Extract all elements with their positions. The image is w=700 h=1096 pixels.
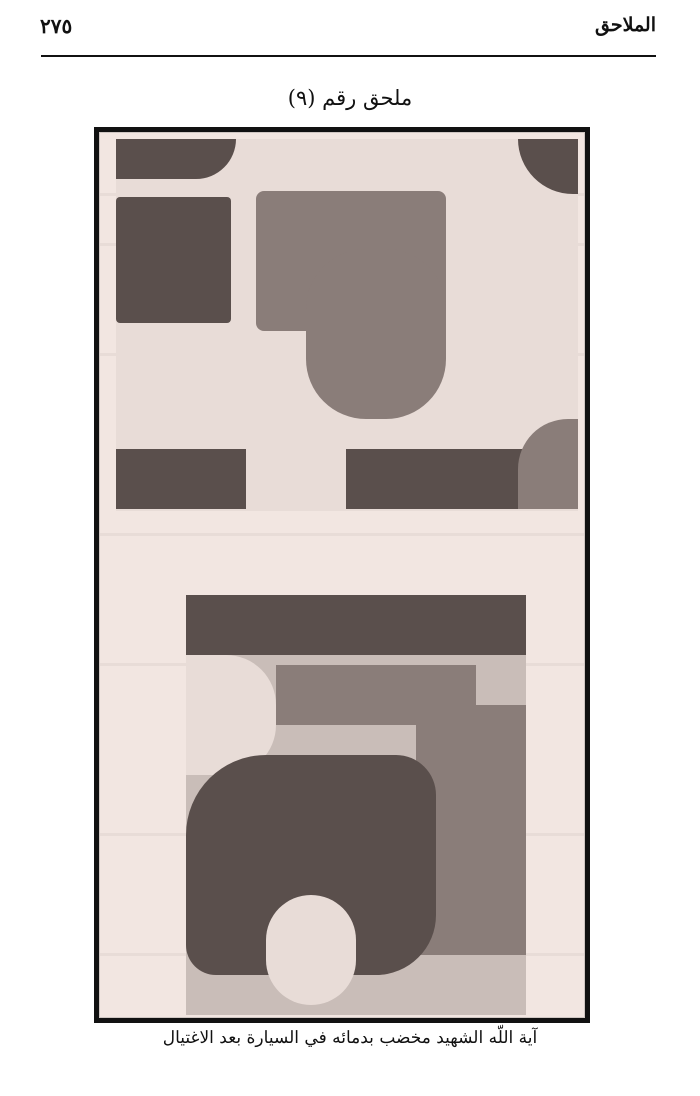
- appendix-title: ملحق رقم (٩): [0, 86, 700, 110]
- page-number: ٢٧٥: [40, 14, 72, 38]
- figure-frame-inner: [99, 132, 585, 1018]
- photo-bottom: [186, 595, 526, 1015]
- photo-top: [116, 139, 578, 511]
- figure-caption: آية اللّه الشهيد مخضب بدمائه في السيارة …: [0, 1028, 700, 1048]
- bleed-through-line: [100, 533, 584, 536]
- header-rule: [41, 55, 656, 57]
- figure-frame: [94, 127, 590, 1023]
- running-head: الملاحق: [595, 14, 656, 36]
